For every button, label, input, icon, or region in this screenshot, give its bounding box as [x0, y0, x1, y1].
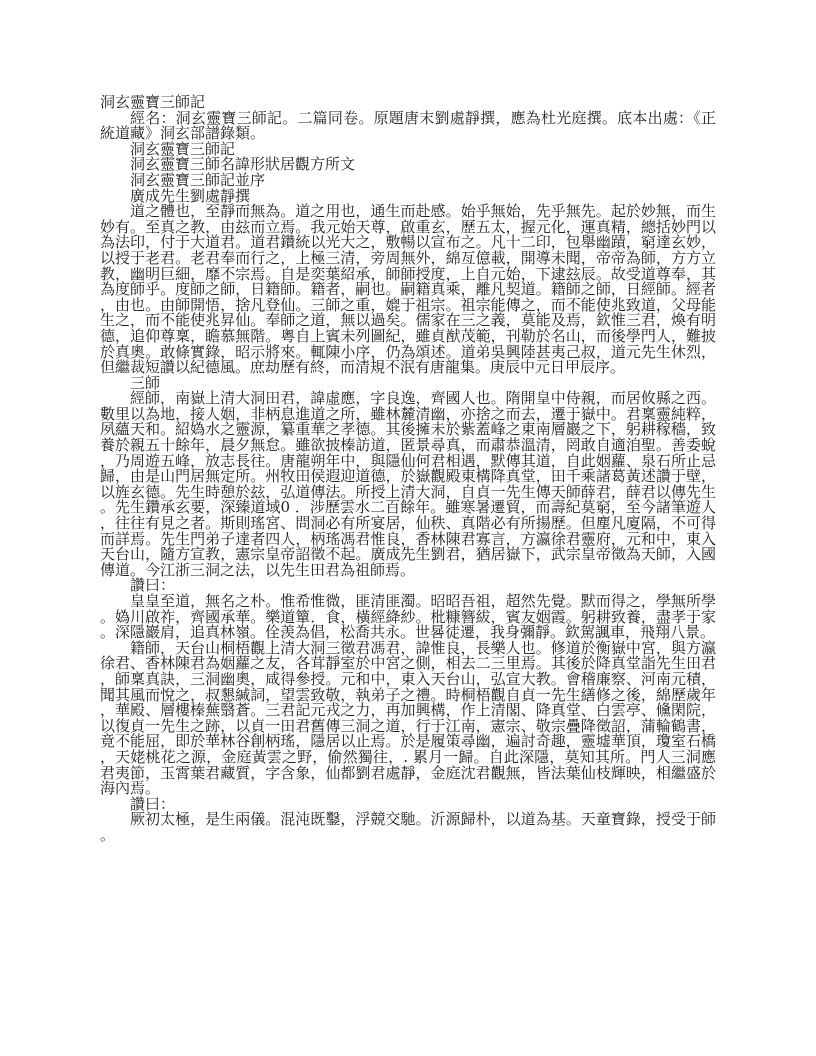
colophon-paragraph: 經名：洞玄靈寶三師記。二篇同卷。原題唐末劉處靜撰，應為杜光庭撰。底本出處：《正統… — [100, 111, 716, 142]
body-paragraph: 皇皇至道，無名之朴。惟希惟微，匪清匪濁。昭昭吾祖，超然先覺。默而得之，學無所學。… — [100, 594, 716, 641]
document-page: 洞玄靈寶三師記 經名：洞玄靈寶三師記。二篇同卷。原題唐末劉處靜撰，應為杜光庭撰。… — [0, 0, 816, 1056]
body-paragraph: 道之體也，至靜而無為。道之用也，通生而赴感。始乎無始，先乎無先。起於妙無，而生妙… — [100, 204, 716, 376]
document-body: 經名：洞玄靈寶三師記。二篇同卷。原題唐末劉處靜撰，應為杜光庭撰。底本出處：《正統… — [100, 111, 716, 844]
body-paragraph: 厥初太極，是生兩儀。混沌既鑿，浮競交馳。沂源歸朴，以道為基。天童寶錄，授受于師。 — [100, 812, 716, 843]
body-paragraph: 籍師，天台山桐梧觀上清大洞三徵君馮君，諱惟良，長樂人也。修道於衡嶽中宮，與方瀛徐… — [100, 641, 716, 797]
body-paragraph: 經師，南嶽上清大洞田君，諱虛應，字良逸，齊國人也。隋開皇中侍親，而居攸縣之西。數… — [100, 391, 716, 578]
